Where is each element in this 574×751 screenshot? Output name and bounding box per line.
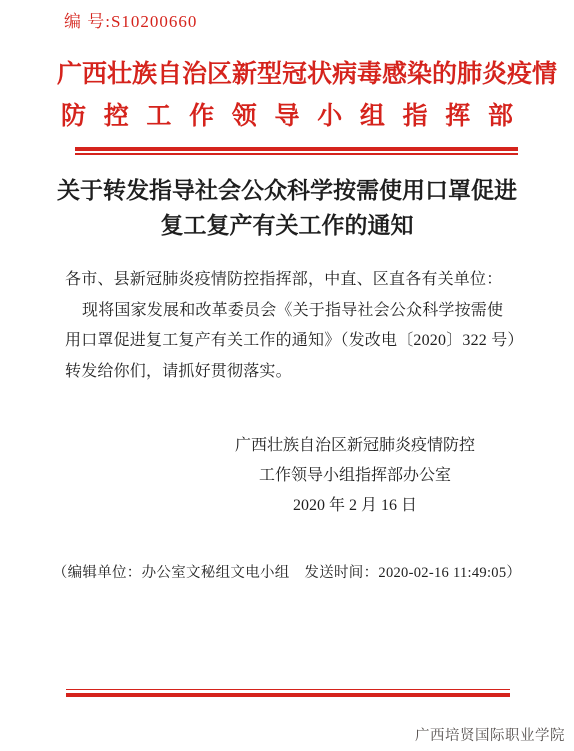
- body-line: 用口罩促进复工复产有关工作的通知》（发改电〔2020〕322 号）: [65, 326, 530, 357]
- footer-red-rule: [66, 689, 510, 697]
- doc-title-line-2: 复工复产有关工作的通知: [0, 208, 574, 243]
- signature-date: 2020 年 2 月 16 日: [195, 491, 515, 521]
- body-line: 转发给你们，请抓好贯彻落实。: [65, 357, 530, 388]
- document-page: 编 号:S10200660 广西壮族自治区新型冠状病毒感染的肺炎疫情 防控工作领…: [0, 0, 574, 751]
- letterhead-line-1: 广西壮族自治区新型冠状病毒感染的肺炎疫情: [57, 56, 517, 93]
- body-paragraph: 各市、县新冠肺炎疫情防控指挥部，中直、区直各有关单位： 现将国家发展和改革委员会…: [65, 265, 530, 387]
- doc-title-line-1: 关于转发指导社会公众科学按需使用口罩促进: [0, 173, 574, 208]
- school-name: 广西培贤国际职业学院: [415, 724, 565, 745]
- header-red-rule: [75, 147, 518, 155]
- letterhead: 广西壮族自治区新型冠状病毒感染的肺炎疫情 防控工作领导小组指挥部: [57, 56, 517, 135]
- body-line-salutation: 各市、县新冠肺炎疫情防控指挥部，中直、区直各有关单位：: [65, 265, 530, 296]
- letterhead-line-2: 防控工作领导小组指挥部: [61, 98, 513, 135]
- editor-note: （编辑单位：办公室文秘组文电小组 发送时间：2020-02-16 11:49:0…: [0, 561, 574, 582]
- doc-title: 关于转发指导社会公众科学按需使用口罩促进 复工复产有关工作的通知: [0, 173, 574, 243]
- doc-number: 编 号:S10200660: [64, 7, 197, 32]
- signature-org-line-1: 广西壮族自治区新冠肺炎疫情防控: [195, 431, 515, 461]
- signature-org-line-2: 工作领导小组指挥部办公室: [195, 461, 515, 491]
- body-line: 现将国家发展和改革委员会《关于指导社会公众科学按需使: [65, 296, 530, 327]
- signature-block: 广西壮族自治区新冠肺炎疫情防控 工作领导小组指挥部办公室 2020 年 2 月 …: [195, 431, 515, 521]
